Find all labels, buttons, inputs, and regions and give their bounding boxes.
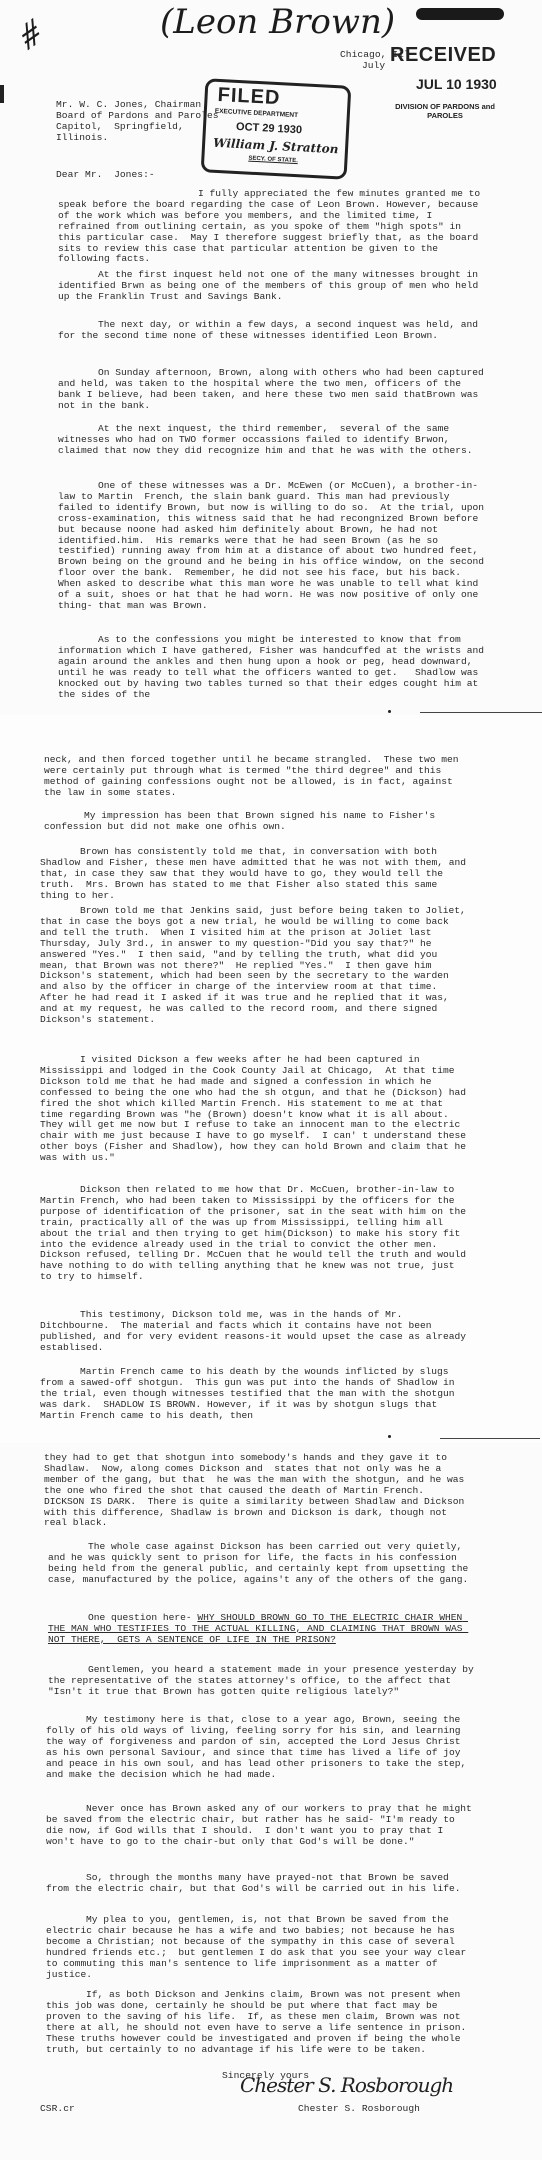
- received-stamp-title: RECEIVED: [390, 44, 496, 67]
- paragraph-1: I fully appreciated the few minutes gran…: [58, 189, 488, 265]
- paragraph-text: One of these witnesses was a Dr. McEwen …: [58, 480, 490, 611]
- paragraph-text: My plea to you, gentlemen, is, not that …: [46, 1914, 472, 1980]
- recipient-line-1: Mr. W. C. Jones, Chairman: [56, 100, 201, 111]
- paragraph-9: My impression has been that Brown signed…: [44, 811, 474, 833]
- paragraph-text: My testimony here is that, close to a ye…: [46, 1714, 472, 1780]
- paragraph-23: If, as both Dickson and Jenkins claim, B…: [46, 1990, 476, 2055]
- paragraph-text: Gentlemen, you heard a statement made in…: [48, 1664, 480, 1697]
- paragraph-17: The whole case against Dickson has been …: [48, 1542, 478, 1586]
- paragraph-text: Martin French came to his death by the w…: [40, 1366, 460, 1421]
- redaction-bar: [416, 8, 504, 20]
- paragraph-21: So, through the months many have prayed-…: [46, 1873, 476, 1895]
- paragraph-text: The whole case against Dickson has been …: [48, 1541, 474, 1585]
- page-edge-line: [440, 1438, 540, 1439]
- paragraph-text: The next day, or within a few days, a se…: [58, 319, 484, 341]
- paragraph-text: I visited Dickson a few weeks after he h…: [40, 1054, 472, 1163]
- salutation: Dear Mr. Jones:-: [56, 170, 155, 181]
- paragraph-18: Gentlemen, you heard a statement made in…: [48, 1665, 478, 1698]
- letter-date: July: [362, 61, 385, 72]
- recipient-line-2: Board of Pardons and Paroles: [56, 111, 219, 122]
- paragraph-text: At the next inquest, the third remember,…: [58, 423, 473, 456]
- paragraph-text: Dickson then related to me how that Dr. …: [40, 1184, 472, 1282]
- paragraph-10: Brown has consistently told me that, in …: [40, 847, 470, 902]
- letter-page-2: neck, and then forced together until he …: [0, 715, 542, 1443]
- letter-page-3: they had to get that shotgun into somebo…: [0, 1443, 542, 2160]
- paragraph-13: Dickson then related to me how that Dr. …: [40, 1185, 470, 1283]
- handwritten-mark: ⧣: [8, 12, 47, 56]
- filed-stamp-date: OCT 29 1930: [236, 121, 303, 136]
- signer-name: Chester S. Rosborough: [298, 2104, 420, 2115]
- scan-speck: [388, 1435, 391, 1438]
- paragraph-6: One of these witnesses was a Dr. McEwen …: [58, 481, 488, 612]
- filed-stamp-department: EXECUTIVE DEPARTMENT: [215, 108, 299, 119]
- question-lead: One question here-: [88, 1612, 197, 1623]
- paragraph-text: If, as both Dickson and Jenkins claim, B…: [46, 1989, 478, 2055]
- paragraph-text: neck, and then forced together until he …: [44, 754, 464, 798]
- paragraph-text: they had to get that shotgun into somebo…: [44, 1452, 470, 1528]
- paragraph-8: neck, and then forced together until he …: [44, 755, 474, 799]
- paragraph-22: My plea to you, gentlemen, is, not that …: [46, 1915, 476, 1980]
- filed-stamp: FILED EXECUTIVE DEPARTMENT OCT 29 1930 W…: [201, 78, 352, 180]
- paragraph-20: Never once has Brown asked any of our wo…: [46, 1804, 476, 1848]
- paragraph-4: On Sunday afternoon, Brown, along with o…: [58, 368, 488, 412]
- scan-speck: [388, 710, 391, 713]
- paragraph-text: At the first inquest held not one of the…: [58, 269, 484, 302]
- recipient-line-3: Capitol, Springfield,: [56, 122, 184, 133]
- paragraph-text: Brown told me that Jenkins said, just be…: [40, 905, 472, 1025]
- received-stamp-division: DIVISION OF PARDONS and PAROLES: [390, 102, 500, 120]
- paragraph-text: So, through the months many have prayed-…: [46, 1872, 461, 1894]
- paragraph-text: My impression has been that Brown signed…: [44, 810, 441, 832]
- paragraph-text: As to the confessions you might be inter…: [58, 634, 490, 700]
- page-edge-line: [420, 712, 542, 713]
- paragraph-2: At the first inquest held not one of the…: [58, 270, 488, 303]
- paragraph-text: Never once has Brown asked any of our wo…: [46, 1803, 478, 1847]
- filed-stamp-office: SECY. OF STATE.: [248, 156, 298, 165]
- paragraph-5: At the next inquest, the third remember,…: [58, 424, 488, 457]
- recipient-line-4: Illinois.: [56, 133, 108, 144]
- paragraph-15: Martin French came to his death by the w…: [40, 1367, 470, 1422]
- filed-stamp-signature: William J. Stratton: [213, 136, 339, 157]
- received-stamp-date: JUL 10 1930: [416, 76, 497, 92]
- scan-edge-mark: [0, 85, 4, 103]
- paragraph-11: Brown told me that Jenkins said, just be…: [40, 906, 470, 1026]
- paragraph-text: This testimony, Dickson told me, was in …: [40, 1309, 472, 1353]
- paragraph-14: This testimony, Dickson told me, was in …: [40, 1310, 470, 1354]
- paragraph-16: they had to get that shotgun into somebo…: [44, 1453, 474, 1529]
- paragraph-text: Brown has consistently told me that, in …: [40, 846, 472, 901]
- paragraph-12: I visited Dickson a few weeks after he h…: [40, 1055, 470, 1164]
- handwritten-signature: Chester S. Rosborough: [240, 2073, 453, 2097]
- paragraph-3: The next day, or within a few days, a se…: [58, 320, 488, 342]
- paragraph-text: I fully appreciated the few minutes gran…: [58, 188, 486, 264]
- letter-page-1: ⧣ (Leon Brown) Chicago, Ill July RECEIVE…: [0, 0, 542, 715]
- paragraph-text: On Sunday afternoon, Brown, along with o…: [58, 367, 490, 411]
- paragraph-7: As to the confessions you might be inter…: [58, 635, 488, 700]
- handwritten-title: (Leon Brown): [160, 2, 395, 42]
- paragraph-19: My testimony here is that, close to a ye…: [46, 1715, 476, 1780]
- typist-initials: CSR.cr: [40, 2104, 75, 2115]
- question-paragraph: One question here- WHY SHOULD BROWN GO T…: [48, 1613, 478, 1646]
- filed-stamp-title: FILED: [217, 84, 281, 110]
- received-stamp: RECEIVED JUL 10 1930 DIVISION OF PARDONS…: [390, 44, 496, 67]
